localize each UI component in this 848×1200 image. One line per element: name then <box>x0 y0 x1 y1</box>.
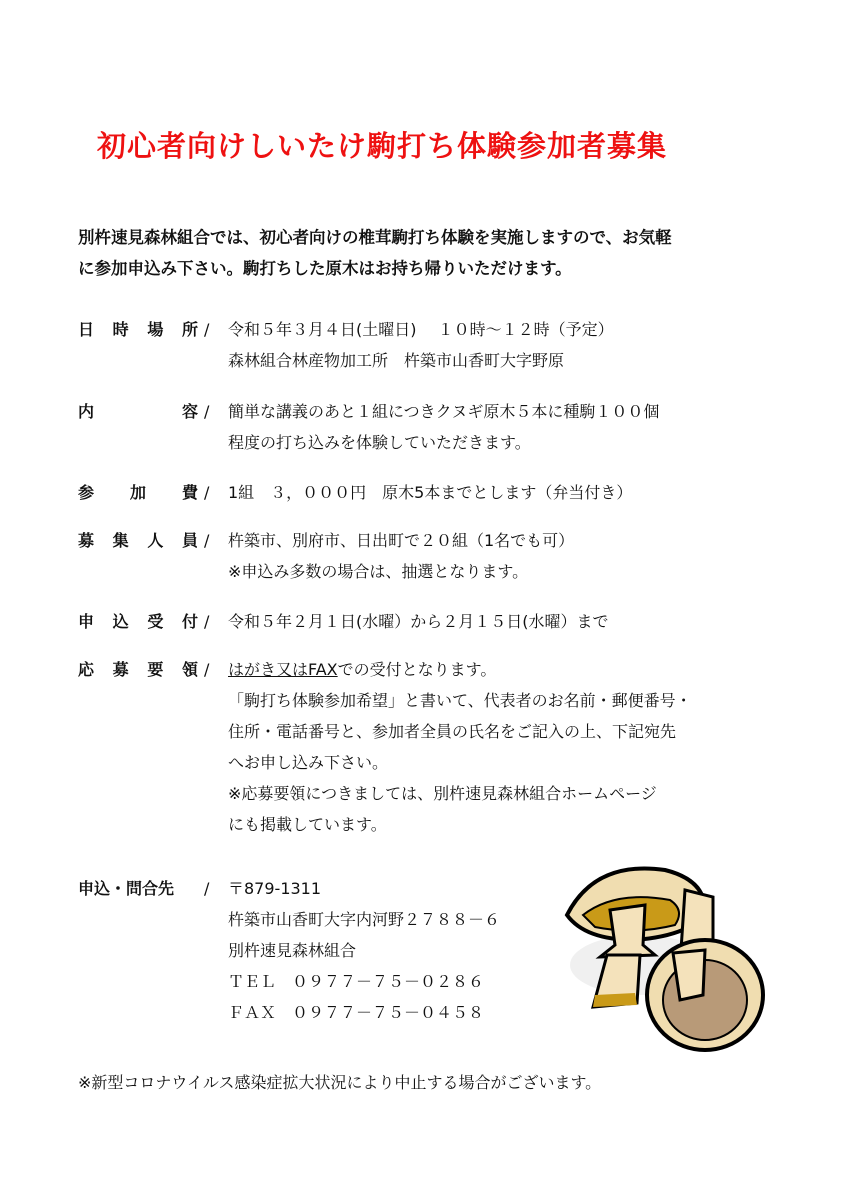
page-title: 初心者向けしいたけ駒打ち体験参加者募集 <box>97 124 667 165</box>
intro-line: 別杵速見森林組合では、初心者向けの椎茸駒打ち体験を実施しますので、お気軽 <box>78 222 778 253</box>
section-label: 日時場所 <box>78 314 198 345</box>
section-label: 申込・問合先 <box>78 873 198 904</box>
section-content: 令和５年３月４日(土曜日) １０時～１２時（予定） 森林組合林産物加工所 杵築市… <box>228 314 788 376</box>
section-label: 応募要領 <box>78 654 198 685</box>
section-content: はがき又はFAXでの受付となります。 「駒打ち体験参加希望」と書いて、代表者のお… <box>228 654 788 840</box>
section-content: 簡単な講義のあと１組につきクヌギ原木５本に種駒１００個 程度の打ち込みを体験して… <box>228 396 788 458</box>
section-content: 1組 ３，０００円 原木5本までとします（弁当付き） <box>228 477 788 508</box>
mushroom-illustration-icon <box>555 855 775 1055</box>
section-content: 杵築市、別府市、日出町で２０組（1名でも可） ※申込み多数の場合は、抽選となりま… <box>228 525 788 587</box>
section-label: 内容 <box>78 396 198 427</box>
section-label: 申込受付 <box>78 606 198 637</box>
section-label: 参加費 <box>78 477 198 508</box>
intro-paragraph: 別杵速見森林組合では、初心者向けの椎茸駒打ち体験を実施しますので、お気軽 に参加… <box>78 222 778 284</box>
section-label: 募集人員 <box>78 525 198 556</box>
footer-note: ※新型コロナウイルス感染症拡大状況により中止する場合がございます。 <box>78 1070 601 1093</box>
underlined-text: はがき又はFAX <box>228 660 338 679</box>
intro-line: に参加申込み下さい。駒打ちした原木はお持ち帰りいただけます。 <box>78 253 778 284</box>
section-content: 令和５年２月１日(水曜）から２月１５日(水曜）まで <box>228 606 788 637</box>
